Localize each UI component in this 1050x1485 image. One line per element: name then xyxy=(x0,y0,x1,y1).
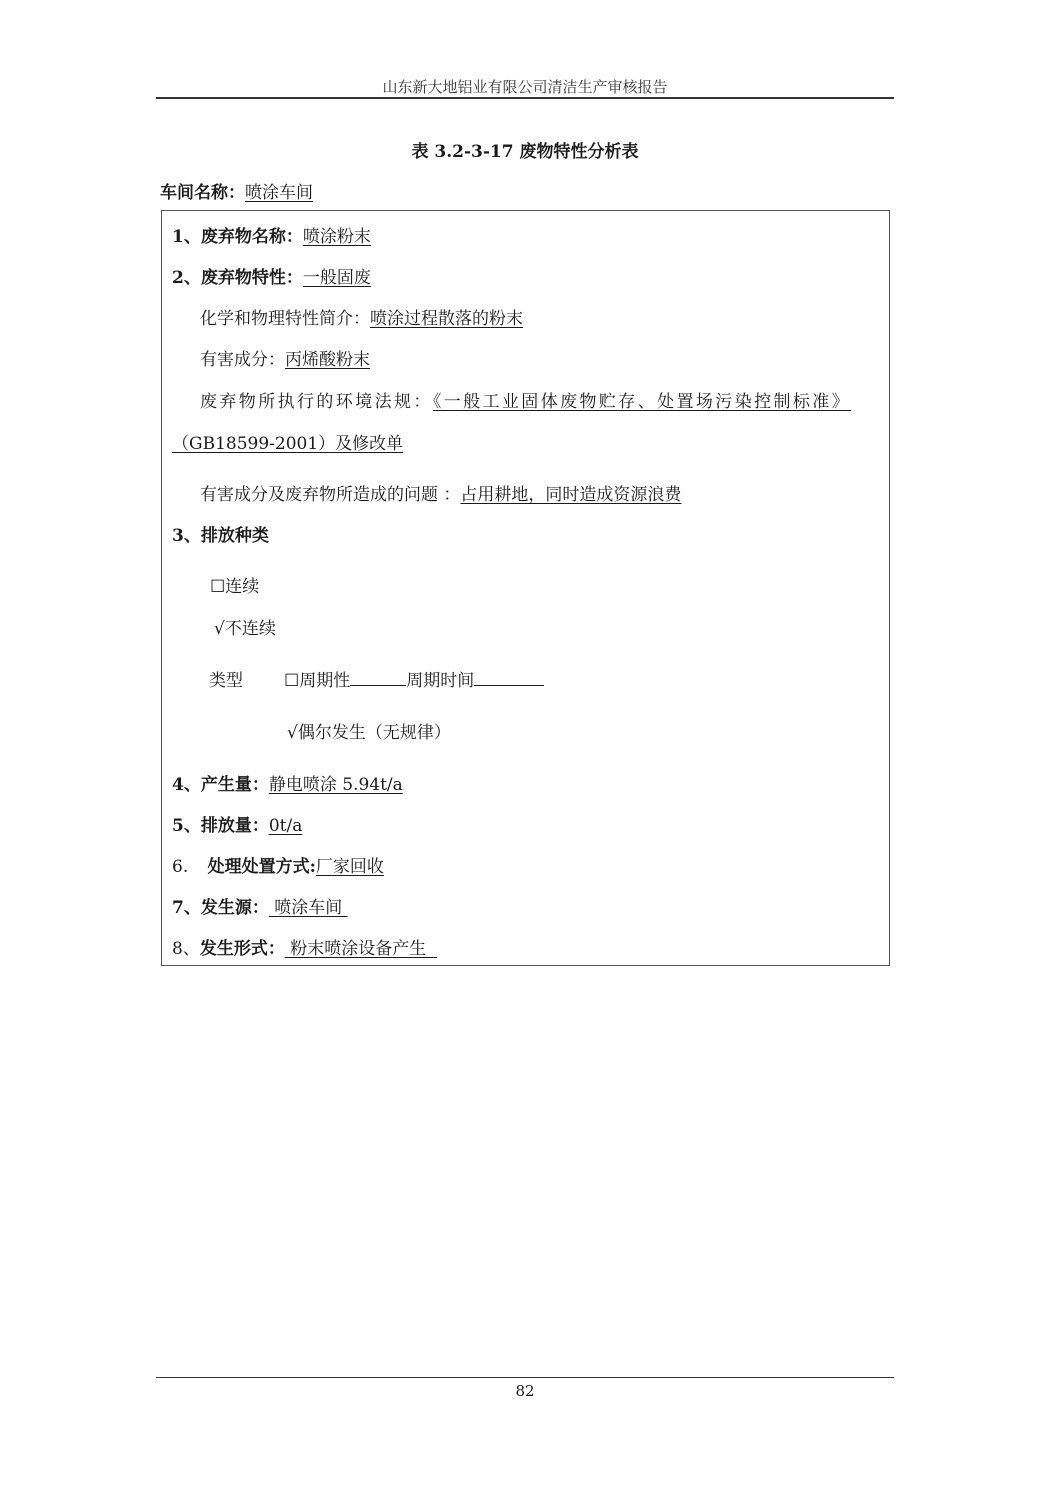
chem-intro-row: 化学和物理特性简介：喷涂过程散落的粉末 xyxy=(200,304,523,329)
form-label: 发生形式： xyxy=(200,939,285,959)
footer-divider xyxy=(156,1377,894,1378)
waste-property-label: 2、废弃物特性： xyxy=(172,268,303,288)
hazard-value: 丙烯酸粉末 xyxy=(285,350,370,370)
workshop-value: 喷涂车间 xyxy=(245,183,313,203)
running-header: 山东新大地铝业有限公司清洁生产审核报告 xyxy=(0,76,1050,97)
production-label: 4、产生量： xyxy=(172,775,269,795)
period-time-label: 周期时间 xyxy=(406,671,474,691)
chem-intro-label: 化学和物理特性简介： xyxy=(200,309,370,329)
source-value: 喷涂车间 xyxy=(269,898,348,918)
problem-label: 有害成分及废弃物所造成的问题 ： xyxy=(200,485,460,505)
source-row: 7、发生源： 喷涂车间 xyxy=(172,893,348,918)
hazard-row: 有害成分：丙烯酸粉末 xyxy=(200,345,370,370)
regulation-value-line2: （GB18599-2001）及修改单 xyxy=(172,434,403,454)
production-row: 4、产生量：静电喷涂 5.94t/a xyxy=(172,770,403,795)
type-row: 类型 xyxy=(209,666,243,691)
hazard-label: 有害成分： xyxy=(200,350,285,370)
workshop-field: 车间名称：喷涂车间 xyxy=(160,178,313,203)
discharge-type-heading: 3、排放种类 xyxy=(172,521,269,546)
page-number: 82 xyxy=(0,1382,1050,1400)
emission-value: 0t/a xyxy=(269,816,303,836)
periodic-option: ☐周期性周期时间 xyxy=(284,666,544,691)
form-num: 8、 xyxy=(172,939,200,959)
waste-name-row: 1、废弃物名称：喷涂粉末 xyxy=(172,222,371,247)
disposal-row: 6. 处理处置方式:厂家回收 xyxy=(172,852,384,877)
header-divider xyxy=(156,97,894,99)
waste-analysis-table: 1、废弃物名称：喷涂粉末 2、废弃物特性：一般固废 化学和物理特性简介：喷涂过程… xyxy=(161,210,890,966)
source-label: 7、发生源： xyxy=(172,898,269,918)
workshop-label: 车间名称： xyxy=(160,183,245,203)
waste-name-label: 1、废弃物名称： xyxy=(172,227,303,247)
periodic-blank xyxy=(350,671,406,686)
waste-name-value: 喷涂粉末 xyxy=(303,227,371,247)
regulation-row-cont: （GB18599-2001）及修改单 xyxy=(172,429,403,454)
emission-label: 5、排放量： xyxy=(172,816,269,836)
waste-property-value: 一般固废 xyxy=(303,268,371,288)
disposal-label: 处理处置方式: xyxy=(208,857,316,877)
discontinuous-label: 不连续 xyxy=(225,619,276,639)
regulation-row: 废弃物所执行的环境法规：《一般工业固体废物贮存、处置场污染控制标准》 xyxy=(200,387,851,412)
checkbox-empty-icon: ☐ xyxy=(284,671,299,691)
table-title: 表 3.2-3-17 废物特性分析表 xyxy=(0,137,1050,162)
problem-value: 占用耕地，同时造成资源浪费 xyxy=(460,485,681,505)
form-value: 粉末喷涂设备产生 xyxy=(285,939,437,959)
occasional-label: 偶尔发生（无规律） xyxy=(298,723,451,743)
period-time-blank xyxy=(474,671,544,686)
regulation-label: 废弃物所执行的环境法规： xyxy=(200,392,433,412)
problem-row: 有害成分及废弃物所造成的问题 ：占用耕地，同时造成资源浪费 xyxy=(200,480,681,505)
type-label: 类型 xyxy=(209,671,243,691)
checkbox-empty-icon: ☐ xyxy=(210,577,225,597)
regulation-value-line1: 《一般工业固体废物贮存、处置场污染控制标准》 xyxy=(433,392,851,412)
disposal-value: 厂家回收 xyxy=(316,857,384,877)
disposal-num: 6. xyxy=(172,857,188,877)
chem-intro-value: 喷涂过程散落的粉末 xyxy=(370,309,523,329)
occasional-option: √偶尔发生（无规律） xyxy=(287,718,451,743)
continuous-option: ☐连续 xyxy=(210,572,259,597)
production-value: 静电喷涂 5.94t/a xyxy=(269,775,403,795)
checkmark-icon: √ xyxy=(214,619,225,639)
form-row: 8、发生形式： 粉末喷涂设备产生 xyxy=(172,934,437,959)
periodic-label: 周期性 xyxy=(299,671,350,691)
discontinuous-option: √不连续 xyxy=(214,614,276,639)
waste-property-row: 2、废弃物特性：一般固废 xyxy=(172,263,371,288)
emission-row: 5、排放量：0t/a xyxy=(172,811,302,836)
continuous-label: 连续 xyxy=(225,577,259,597)
checkmark-icon: √ xyxy=(287,723,298,743)
